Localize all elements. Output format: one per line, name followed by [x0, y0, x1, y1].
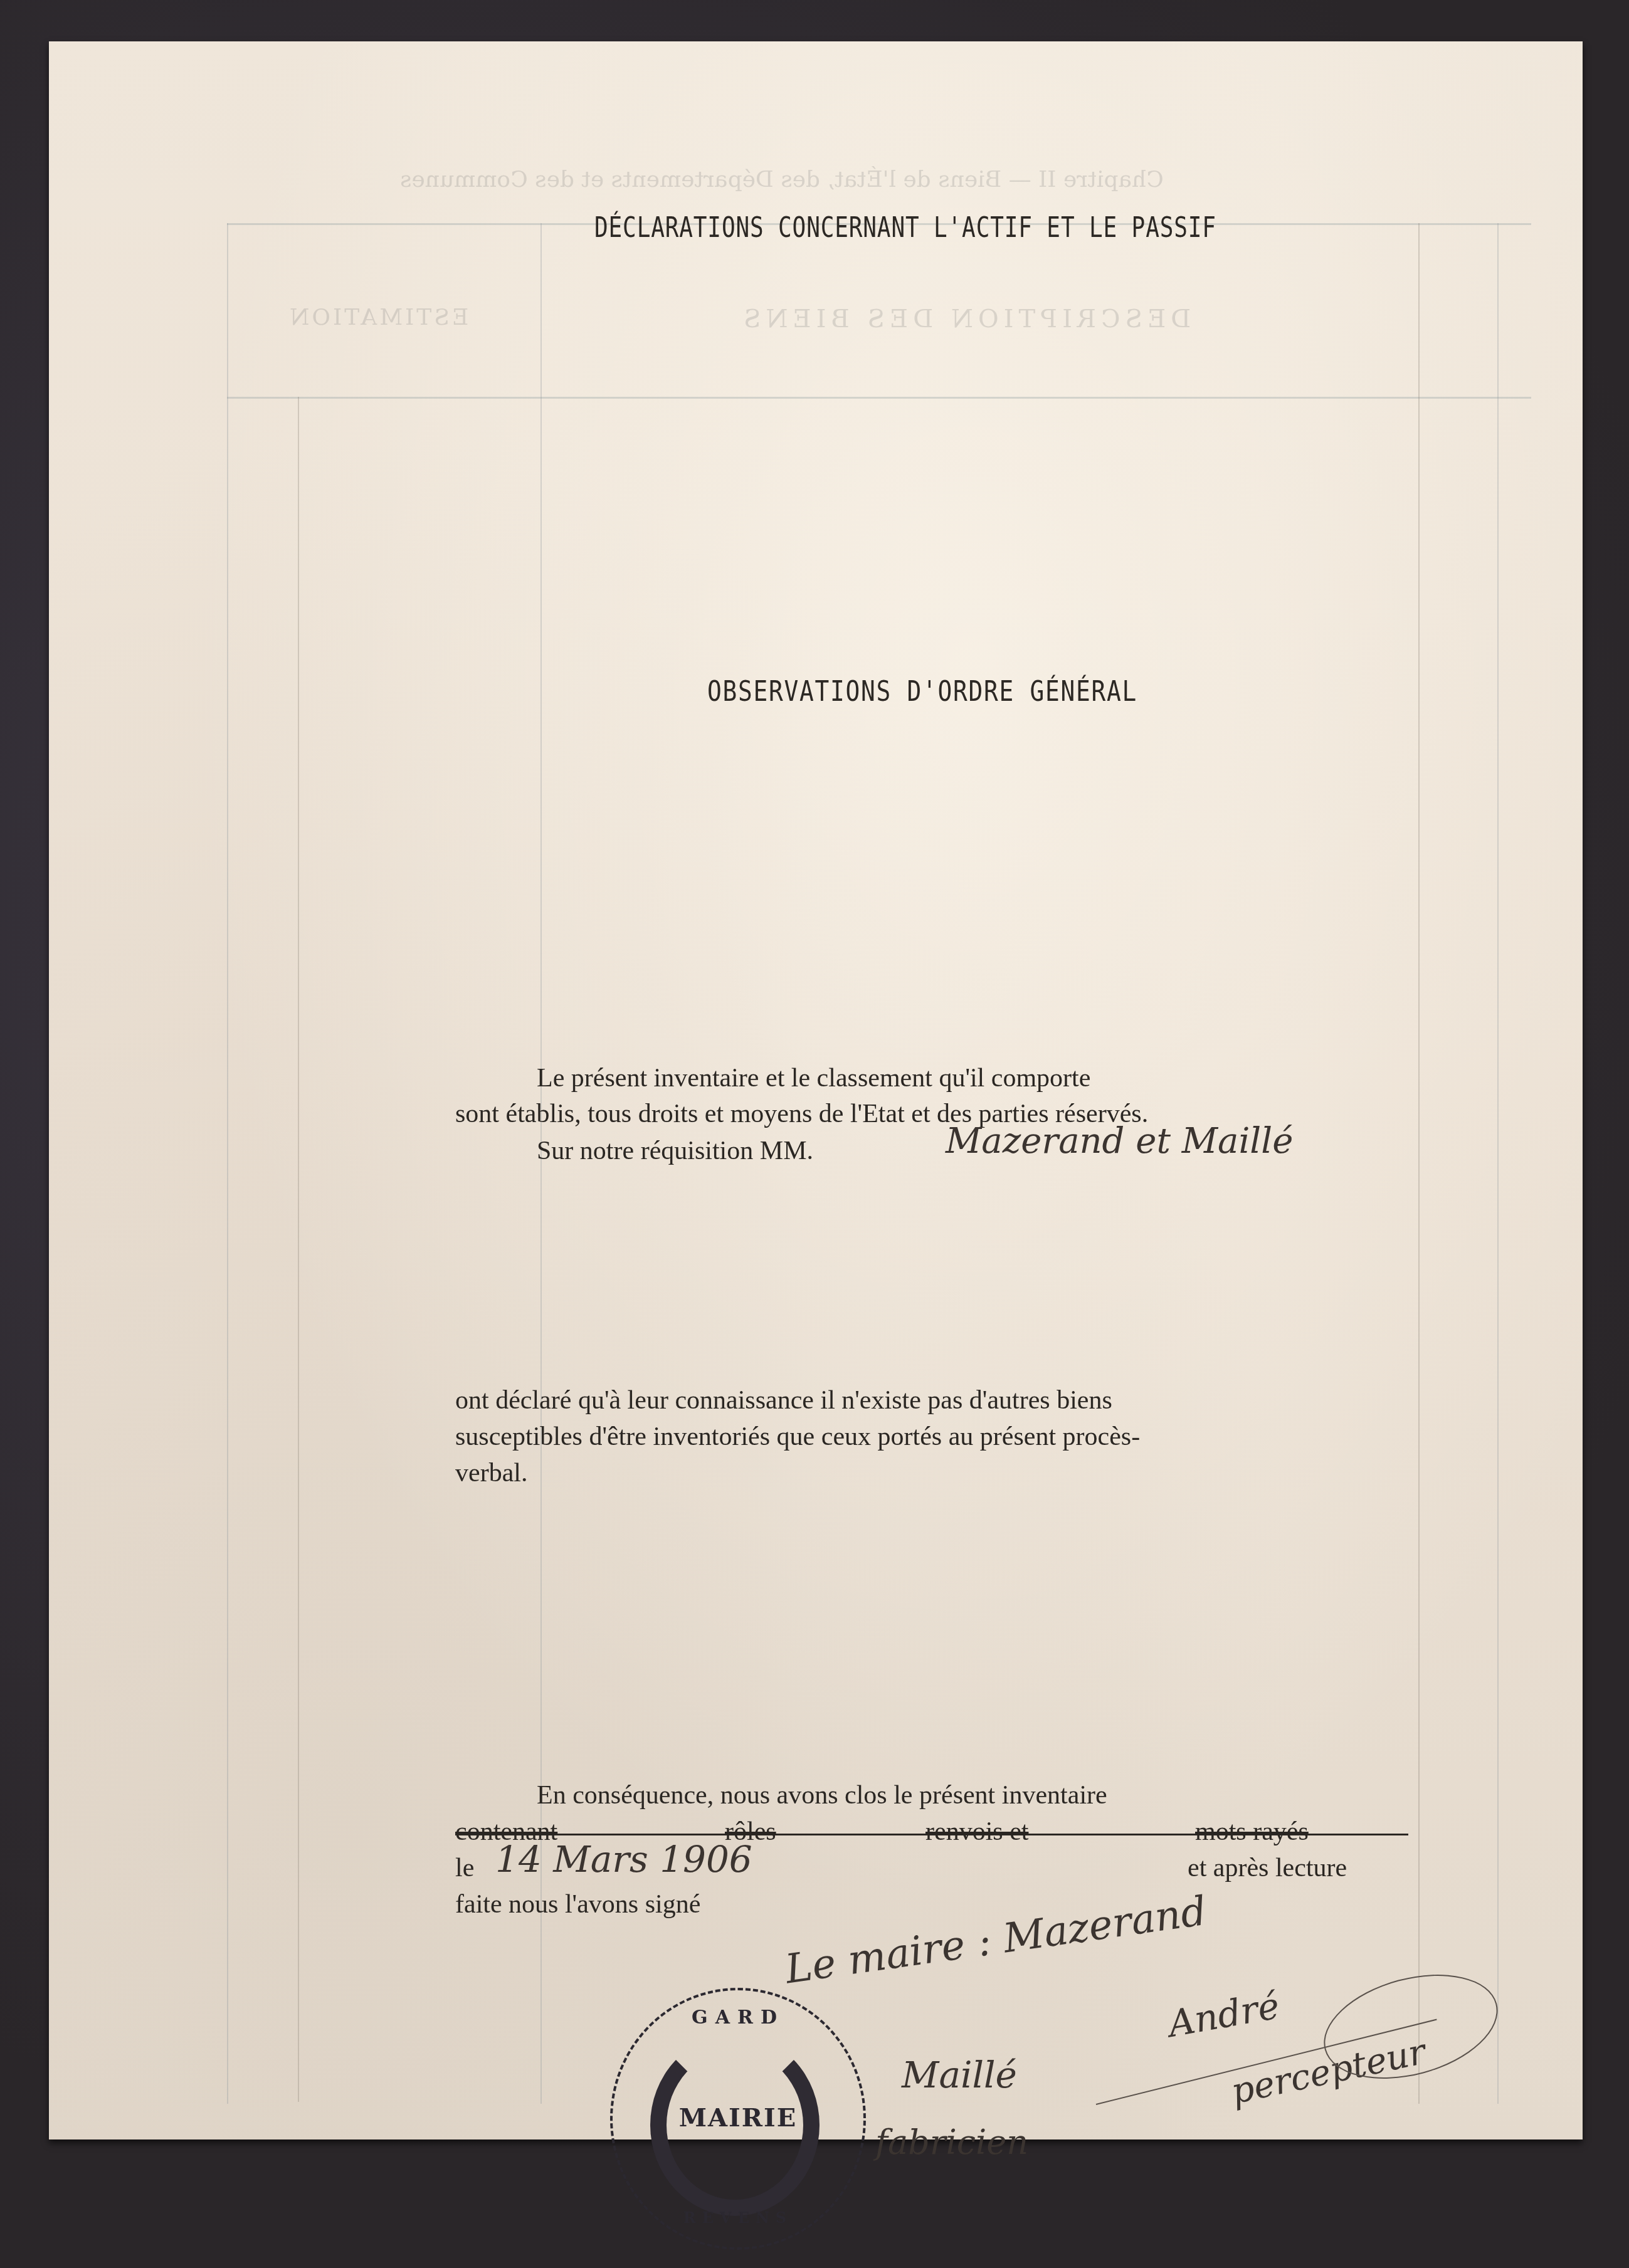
para3-date-prefix: le: [455, 1851, 474, 1886]
document-page: Chapitre II — Biens de l'État, des Dépar…: [49, 41, 1583, 2139]
table-description-rule: [1418, 223, 1420, 2104]
show-through-chapter-header: Chapitre II — Biens de l'État, des Dépar…: [400, 167, 1164, 192]
signature-andre: André: [1165, 1984, 1283, 2045]
table-inner-rule: [298, 397, 299, 2102]
handwritten-date: 14 Mars 1906: [495, 1838, 752, 1881]
document-title: DÉCLARATIONS CONCERNANT L'ACTIF ET LE PA…: [594, 212, 1191, 244]
signature-maire: Le maire : Mazerand: [783, 1888, 1210, 1993]
show-through-estimation-header: ESTIMATION: [287, 305, 468, 330]
para3-line4: faite nous l'avons signé: [455, 1887, 700, 1923]
table-left-rule: [227, 223, 228, 2104]
struck-renvois: renvois et: [925, 1814, 1028, 1850]
para2-line3: verbal.: [455, 1456, 527, 1491]
struck-mots-rayes: mots rayés: [1195, 1814, 1309, 1850]
para3-line1: En conséquence, nous avons clos le prése…: [537, 1778, 1107, 1814]
stamp-bottom-text: REVENS: [613, 2208, 863, 2227]
handwritten-requisition-names: Mazerand et Maillé: [946, 1121, 1293, 1162]
para2-line2: susceptibles d'être inventoriés que ceux…: [455, 1419, 1140, 1455]
para1-line1: Le présent inventaire et le classement q…: [537, 1061, 1090, 1096]
para1-line3-label: Sur notre réquisition MM.: [537, 1133, 813, 1169]
signature-maille: Maillé: [902, 2054, 1017, 2096]
show-through-description-header: DESCRIPTION DES BIENS: [739, 305, 1191, 333]
table-right-rule: [1497, 223, 1499, 2104]
para2-line1: ont déclaré qu'à leur connaissance il n'…: [455, 1383, 1112, 1419]
table-header-rule: [227, 397, 1531, 399]
stamp-top-text: GARD: [613, 2007, 863, 2029]
signature-fabricien-role: fabricien: [875, 2123, 1028, 2162]
para3-line3-suffix: et après lecture: [1188, 1851, 1347, 1886]
mairie-stamp: GARD MAIRIE REVENS: [610, 1988, 866, 2250]
stamp-center-text: MAIRIE: [613, 2103, 863, 2133]
strike-through-line: [455, 1834, 1408, 1835]
section-heading: OBSERVATIONS D'ORDRE GÉNÉRAL: [707, 676, 1137, 708]
